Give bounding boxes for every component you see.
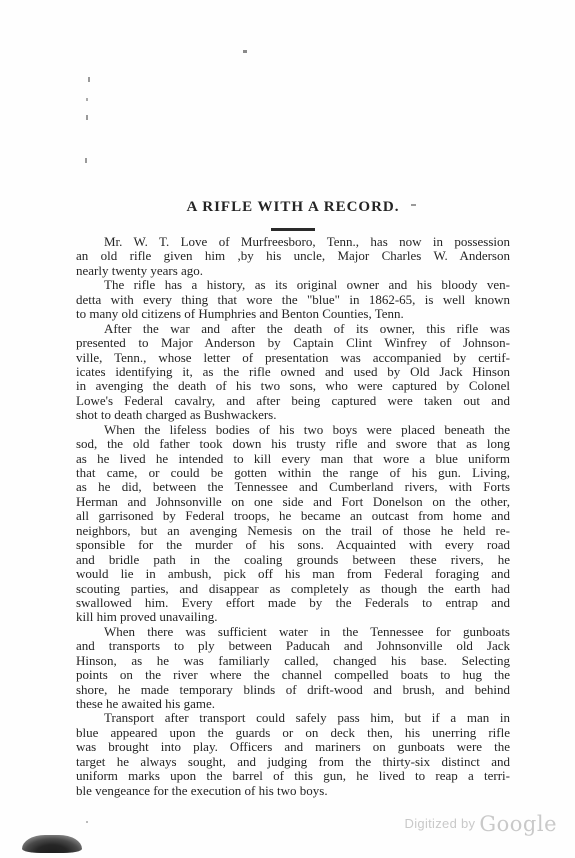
text-line: ville, Tenn., whose letter of presentati… (76, 351, 510, 365)
text-line: points on the river where the channel co… (76, 668, 510, 682)
title-rule-divider (271, 228, 315, 231)
text-line: would lie in ambush, pick off his man fr… (76, 567, 510, 581)
text-line: swallowed him. Every effort made by the … (76, 596, 510, 610)
text-line: shore, he made temporary blinds of drift… (76, 683, 510, 697)
watermark-prefix: Digitized by (405, 816, 476, 831)
text-line: target he always sought, and judging fro… (76, 755, 510, 769)
text-line: an old rifle given him ,by his uncle, Ma… (76, 249, 510, 263)
text-line: sod, the old father took down his trusty… (76, 437, 510, 451)
text-line: and bridle path in the coaling grounds b… (76, 553, 510, 567)
text-line: that came, or could be gotten within the… (76, 466, 510, 480)
text-line: detta with every thing that wore the "bl… (76, 293, 510, 307)
text-line: The rifle has a history, as its original… (76, 278, 510, 292)
book-page: A RIFLE WITH A RECORD. Mr. W. T. Love of… (0, 0, 575, 858)
text-line: After the war and after the death of its… (76, 322, 510, 336)
text-line: and transports to ply between Paducah an… (76, 639, 510, 653)
page-title: A RIFLE WITH A RECORD. (76, 199, 510, 216)
text-line: these he awaited his game. (76, 697, 510, 711)
text-line: Hinson, as he was familiarly called, cha… (76, 654, 510, 668)
body-text: Mr. W. T. Love of Murfreesboro, Tenn., h… (76, 235, 510, 798)
scan-artifact-blob (22, 835, 82, 853)
text-line: was brought into play. Officers and mari… (76, 740, 510, 754)
text-line: presented to Major Anderson by Captain C… (76, 336, 510, 350)
text-line: ble vengeance for the execution of his t… (76, 784, 510, 798)
google-logo: Google (479, 812, 557, 836)
text-line: neighbors, but an avenging Nemesis on th… (76, 524, 510, 538)
text-line: to many old citizens of Humphries and Be… (76, 307, 510, 321)
text-line: sponsible for the murder of his sons. Ac… (76, 538, 510, 552)
text-line: blue appeared upon the guards or on deck… (76, 726, 510, 740)
text-line: icates identifying it, as the rifle owne… (76, 365, 510, 379)
scan-speck (243, 50, 247, 53)
scan-speck (411, 204, 416, 206)
text-line: uniform marks upon the barrel of this gu… (76, 769, 510, 783)
text-line: Lowe's Federal cavalry, and after being … (76, 394, 510, 408)
scan-speck (85, 158, 87, 163)
text-line: When the lifeless bodies of his two boys… (76, 423, 510, 437)
text-line: in avenging the death of his two sons, w… (76, 379, 510, 393)
watermark: Digitized by Google (405, 812, 557, 836)
scan-speck (86, 115, 88, 120)
text-line: When there was sufficient water in the T… (76, 625, 510, 639)
text-line: Mr. W. T. Love of Murfreesboro, Tenn., h… (76, 235, 510, 249)
text-line: Herman and Johnsonville on one side and … (76, 495, 510, 509)
scan-speck (86, 821, 88, 823)
scan-speck (88, 77, 90, 82)
text-line: all garrisoned by Federal troops, he bec… (76, 509, 510, 523)
text-line: kill him proved unavailing. (76, 610, 510, 624)
text-line: as he did, between the Tennessee and Cum… (76, 480, 510, 494)
scan-speck (86, 98, 88, 101)
text-line: scouting parties, and disappear as compl… (76, 582, 510, 596)
text-line: nearly twenty years ago. (76, 264, 510, 278)
text-line: Transport after transport could safely p… (76, 711, 510, 725)
text-line: shot to death charged as Bushwackers. (76, 408, 510, 422)
text-line: as he lived he intended to kill every ma… (76, 452, 510, 466)
